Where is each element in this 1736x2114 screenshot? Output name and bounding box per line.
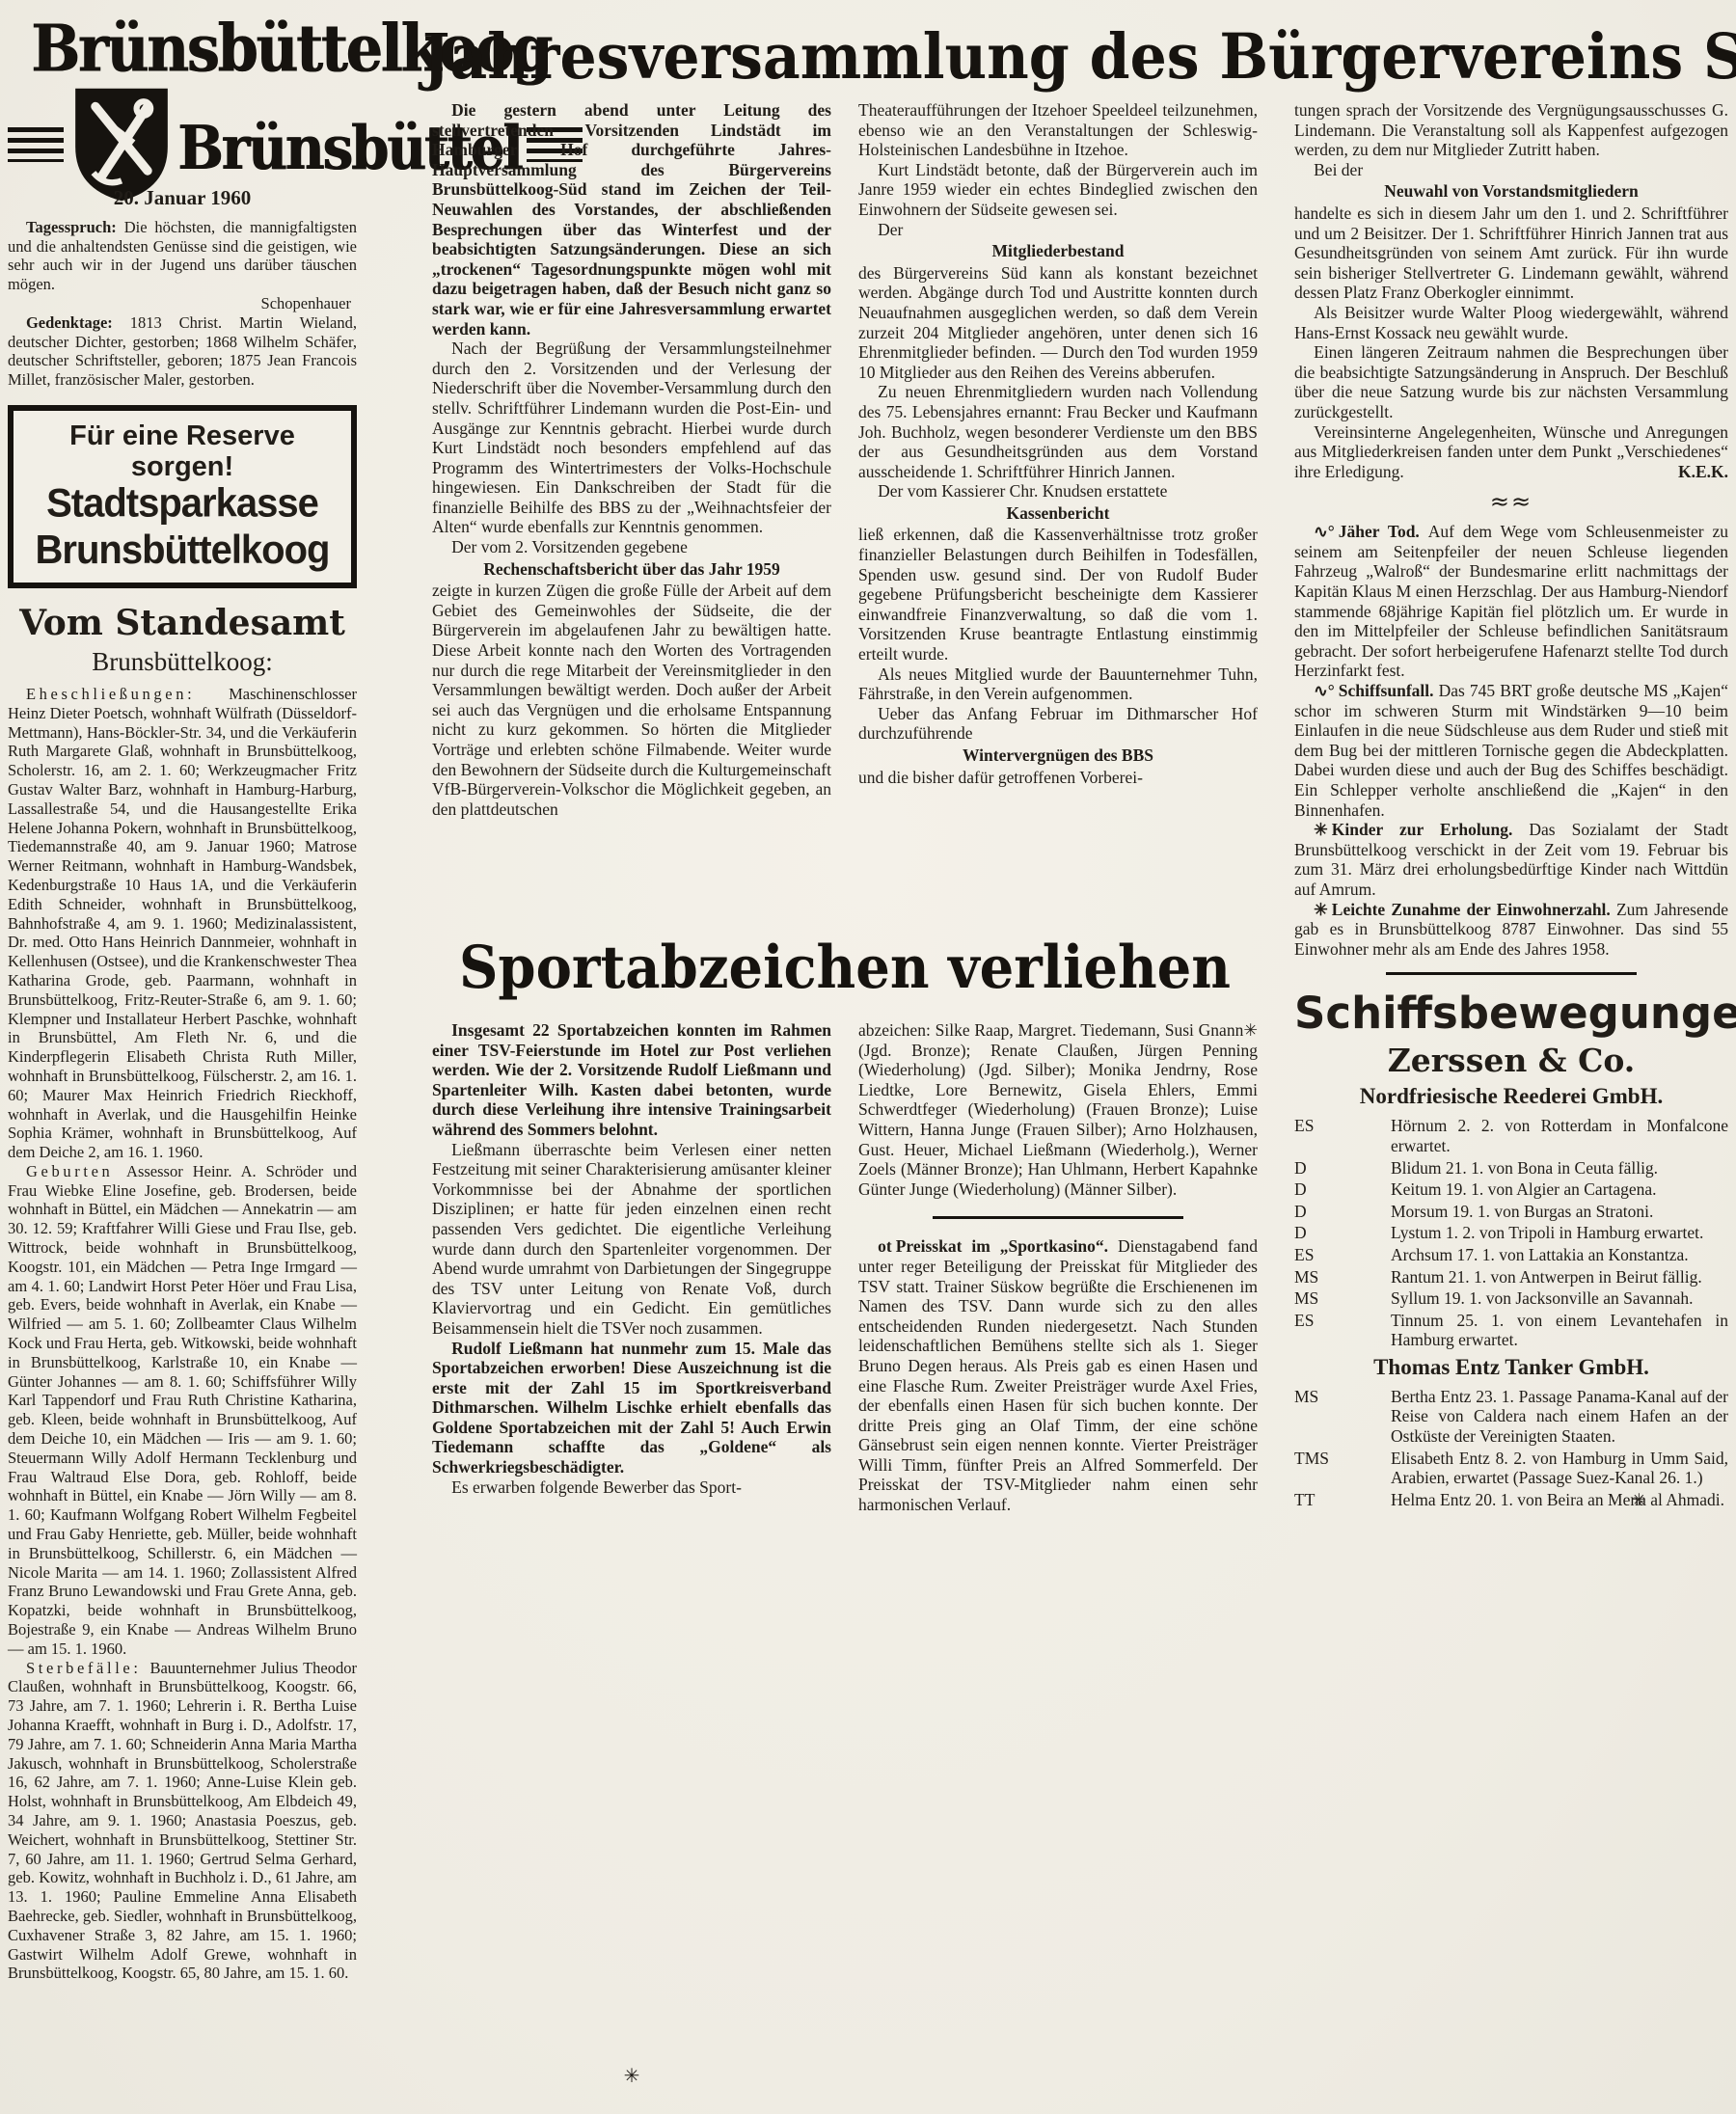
paragraph: ✳abzeichen: Silke Raap, Margret. Tiedema… xyxy=(858,1020,1258,1199)
paragraph-lead: Geburten xyxy=(26,1162,126,1180)
paragraph: des Bürgervereins Süd kann als konstant … xyxy=(858,263,1258,383)
paragraph: Sterbefälle: Bauunternehmer Julius Theod… xyxy=(8,1659,357,1984)
masthead-title-line1: Brünsbüttelkoog xyxy=(31,14,442,85)
ship-type-prefix: MS xyxy=(1294,1387,1391,1407)
paragraph: ✳Kinder zur Erholung. Das Sozialamt der … xyxy=(1294,820,1728,899)
subheading-company: Zerssen & Co. xyxy=(1294,1043,1728,1079)
paragraph: Die gestern abend unter Leitung des stel… xyxy=(432,100,831,339)
divider-rule xyxy=(933,1216,1183,1219)
article-column-3: tungen sprach der Vorsitzende des Vergnü… xyxy=(1294,100,1728,1511)
paragraph: zeigte in kurzen Zügen die große Fülle d… xyxy=(432,581,831,819)
paragraph: Der vom 2. Vorsitzenden gegebene xyxy=(432,537,831,557)
paragraph: Es erwarben folgende Bewerber das Sport- xyxy=(432,1477,831,1498)
paragraph-lead: Schiffsunfall. xyxy=(1339,681,1439,700)
inline-subheading: Neuwahl von Vorstandsmitgliedern xyxy=(1294,181,1728,202)
paragraph-lead: Eheschließungen: xyxy=(26,685,229,703)
ship-entry: MSSyllum 19. 1. von Jacksonville an Sava… xyxy=(1294,1288,1728,1309)
paragraph: Eheschließungen: Maschinenschlosser Hein… xyxy=(8,685,357,1162)
paragraph-tail-mark: ✳ xyxy=(1243,1020,1258,1041)
ship-type-prefix: D xyxy=(1294,1223,1391,1243)
divider-squiggle: ≈≈ xyxy=(1294,491,1728,512)
ship-type-prefix: TT xyxy=(1294,1490,1391,1510)
attribution: Schopenhauer xyxy=(8,294,351,313)
ship-entry: DLystum 1. 2. von Tripoli in Hamburg erw… xyxy=(1294,1223,1728,1243)
paragraph: otPreisskat im „Sportkasino“. Dienstagab… xyxy=(858,1236,1258,1514)
paragraph-lead: Kinder zur Erholung. xyxy=(1332,820,1530,839)
ship-entry: TTHelma Entz 20. 1. von Beira an Mena al… xyxy=(1294,1490,1728,1510)
paragraph-lead: Preisskat im „Sportkasino“. xyxy=(896,1236,1118,1256)
ad-slogan: Für eine Reserve sorgen! xyxy=(19,420,345,482)
sport-column-1: Insgesamt 22 Sportabzeichen konnten im R… xyxy=(432,1020,831,1497)
divider-rule xyxy=(1386,972,1637,975)
article-column-1: Die gestern abend unter Leitung des stel… xyxy=(432,100,831,819)
inline-subheading: Wintervergnügen des BBS xyxy=(858,745,1258,766)
ship-entry: TMSElisabeth Entz 8. 2. von Hamburg in U… xyxy=(1294,1449,1728,1488)
ship-type-prefix: D xyxy=(1294,1179,1391,1200)
paragraph: Tagesspruch: Die höchsten, die mannigfal… xyxy=(8,218,357,294)
item-marker: ∿° xyxy=(1314,522,1339,541)
ship-entry: ESArchsum 17. 1. von Lattakia an Konstan… xyxy=(1294,1245,1728,1265)
paragraph: handelte es sich in diesem Jahr um den 1… xyxy=(1294,203,1728,303)
paragraph-lead: Gedenktage: xyxy=(26,313,130,332)
sport-column-2: ✳abzeichen: Silke Raap, Margret. Tiedema… xyxy=(858,1020,1258,1515)
ship-entry: DKeitum 19. 1. von Algier an Cartagena. xyxy=(1294,1179,1728,1200)
paragraph: Einen längeren Zeitraum nahmen die Bespr… xyxy=(1294,342,1728,421)
item-marker: ot xyxy=(878,1236,896,1256)
ship-type-prefix: D xyxy=(1294,1202,1391,1222)
masthead: Brünsbüttelkoog Brünsbüttel xyxy=(8,14,442,206)
ship-entry: DBlidum 21. 1. von Bona in Ceuta fällig. xyxy=(1294,1158,1728,1179)
paragraph: Als Beisitzer wurde Walter Ploog wiederg… xyxy=(1294,303,1728,342)
ship-entry: ESHörnum 2. 2. von Rotterdam in Monfalco… xyxy=(1294,1116,1728,1155)
item-marker: ∿° xyxy=(1314,681,1339,700)
ship-entry: ESTinnum 25. 1. von einem Levantehafen i… xyxy=(1294,1311,1728,1350)
paragraph-lead: Jäher Tod. xyxy=(1339,522,1428,541)
paragraph-with-signature: Vereinsinterne Angelegenheiten, Wünsche … xyxy=(1294,422,1728,482)
paragraph: Ueber das Anfang Februar im Dithmarscher… xyxy=(858,704,1258,744)
paragraph: Der xyxy=(858,220,1258,240)
ship-type-prefix: ES xyxy=(1294,1245,1391,1265)
paragraph: Gedenktage: 1813 Christ. Martin Wieland,… xyxy=(8,313,357,390)
paragraph: Theateraufführungen der Itzehoer Speelde… xyxy=(858,100,1258,160)
ship-type-prefix: ES xyxy=(1294,1116,1391,1136)
ship-type-prefix: D xyxy=(1294,1158,1391,1179)
paragraph: und die bisher dafür getroffenen Vorbere… xyxy=(858,768,1258,788)
paragraph-lead: Leichte Zunahme der Einwohnerzahl. xyxy=(1332,900,1616,919)
paragraph: Bei der xyxy=(1294,160,1728,180)
ad-advertiser: Stadtsparkasse Brunsbüttelkoog xyxy=(19,480,345,574)
ship-type-prefix: MS xyxy=(1294,1288,1391,1309)
ship-type-prefix: MS xyxy=(1294,1267,1391,1287)
paragraph: ∿°Jäher Tod. Auf dem Wege vom Schleusenm… xyxy=(1294,522,1728,681)
paragraph-lead: Sterbefälle: xyxy=(26,1659,149,1677)
sport-section-headline: Sportabzeichen verliehen xyxy=(432,935,1258,1000)
subheading-town: Brunsbüttelkoog: xyxy=(8,646,357,677)
left-column: 20. Januar 1960 Tagesspruch: Die höchste… xyxy=(8,189,357,1983)
main-headline: Jahresversammlung des Bürgervereins Süd xyxy=(422,23,1728,92)
ship-entry: MSBertha Entz 23. 1. Passage Panama-Kana… xyxy=(1294,1387,1728,1447)
paragraph: tungen sprach der Vorsitzende des Vergnü… xyxy=(1294,100,1728,160)
left-column-articles: Tagesspruch: Die höchsten, die mannigfal… xyxy=(8,218,357,1983)
inline-subheading: Kassenbericht xyxy=(858,503,1258,524)
ship-entry: DMorsum 19. 1. von Burgas an Stratoni. xyxy=(1294,1202,1728,1222)
paragraph-lead: Tagesspruch: xyxy=(26,218,124,236)
ornament-asterisk: ✳ xyxy=(432,2064,831,2088)
advertisement-box: Für eine Reserve sorgen!Stadtsparkasse B… xyxy=(8,405,357,588)
paragraph: Rudolf Ließmann hat nunmehr zum 15. Male… xyxy=(432,1339,831,1477)
paragraph: ließ erkennen, daß die Kassenverhältniss… xyxy=(858,525,1258,664)
stripe-ornament-left xyxy=(8,127,64,162)
ship-type-prefix: TMS xyxy=(1294,1449,1391,1469)
paragraph: Insgesamt 22 Sportabzeichen konnten im R… xyxy=(432,1020,831,1140)
paragraph: ∿°Schiffsunfall. Das 745 BRT große deuts… xyxy=(1294,681,1728,820)
item-marker: ✳ xyxy=(1314,900,1332,919)
subheading-shipping-line: Nordfriesische Reederei GmbH. xyxy=(1294,1083,1728,1110)
paragraph: Kurt Lindstädt betonte, daß der Bürgerve… xyxy=(858,160,1258,220)
paragraph: Ließmann überraschte beim Verlesen einer… xyxy=(432,1140,831,1339)
subheading-shipping-line: Thomas Entz Tanker GmbH. xyxy=(1294,1354,1728,1381)
paragraph: Zu neuen Ehrenmitgliedern wurden nach Vo… xyxy=(858,382,1258,481)
article-column-2: Theateraufführungen der Itzehoer Speelde… xyxy=(858,100,1258,787)
paragraph: Als neues Mitglied wurde der Bauunterneh… xyxy=(858,664,1258,704)
author-initials: K.E.K. xyxy=(1659,462,1728,482)
inline-subheading: Mitgliederbestand xyxy=(858,241,1258,261)
section-heading-standesamt: Vom Standesamt xyxy=(8,604,357,642)
paragraph: Der vom Kassierer Chr. Knudsen erstattet… xyxy=(858,481,1258,501)
paragraph: ✳Leichte Zunahme der Einwohnerzahl. Zum … xyxy=(1294,900,1728,960)
ship-type-prefix: ES xyxy=(1294,1311,1391,1331)
newspaper-page: Brünsbüttelkoog Brünsbüttel 20. Januar 1… xyxy=(0,0,1736,2114)
paragraph: Geburten Assessor Heinr. A. Schröder und… xyxy=(8,1162,357,1659)
ship-entry: MSRantum 21. 1. von Antwerpen in Beirut … xyxy=(1294,1267,1728,1287)
paragraph: Nach der Begrüßung der Versammlungsteiln… xyxy=(432,339,831,537)
section-heading-schiffsbewegungen: Schiffsbewegungen xyxy=(1294,989,1728,1039)
item-marker: ✳ xyxy=(1314,820,1332,839)
issue-date: 20. Januar 1960 xyxy=(8,189,357,208)
inline-subheading: Rechenschaftsbericht über das Jahr 1959 xyxy=(432,559,831,580)
